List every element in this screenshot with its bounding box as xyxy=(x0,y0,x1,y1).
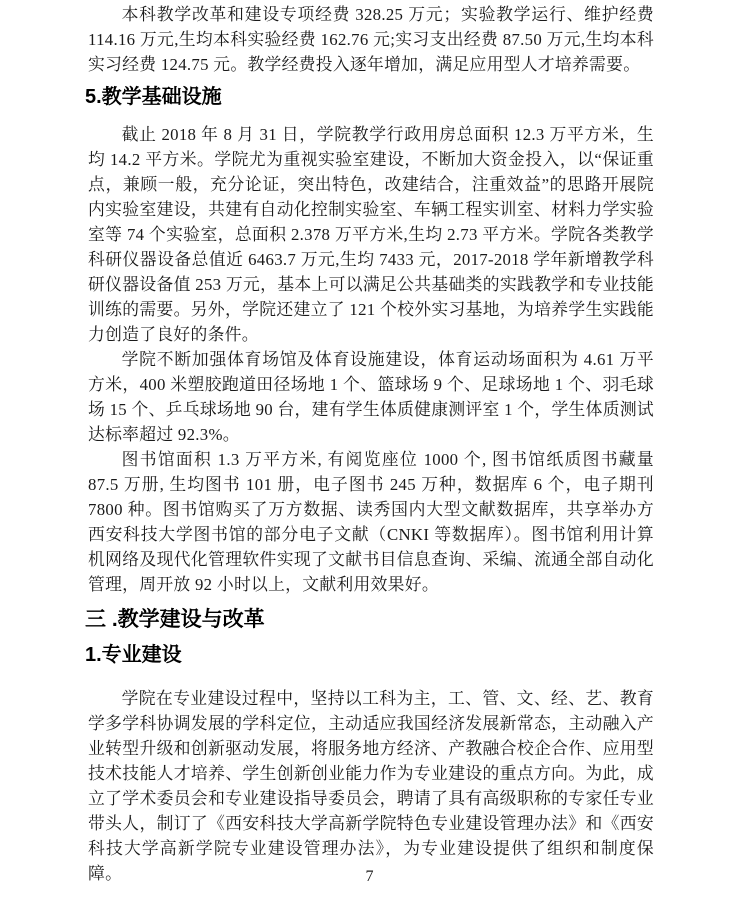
paragraph-funding: 本科教学改革和建设专项经费 328.25 万元；实验教学运行、维护经费 114.… xyxy=(88,2,654,77)
document-page: 本科教学改革和建设专项经费 328.25 万元；实验教学运行、维护经费 114.… xyxy=(0,0,739,900)
heading-teaching-reform: 三 .教学建设与改革 xyxy=(85,607,654,633)
heading-major-construction: 1.专业建设 xyxy=(85,642,654,668)
paragraph-facilities: 截止 2018 年 8 月 31 日，学院教学行政用房总面积 12.3 万平方米… xyxy=(88,122,654,347)
paragraph-library: 图书馆面积 1.3 万平方米, 有阅览座位 1000 个, 图书馆纸质图书藏量 … xyxy=(88,447,654,597)
paragraph-major: 学院在专业建设过程中，坚持以工科为主，工、管、文、经、艺、教育学多学科协调发展的… xyxy=(88,686,654,886)
paragraph-sports: 学院不断加强体育场馆及体育设施建设，体育运动场面积为 4.61 万平方米，400… xyxy=(88,347,654,447)
heading-teaching-facilities: 5.教学基础设施 xyxy=(85,84,654,110)
page-number: 7 xyxy=(0,868,739,886)
